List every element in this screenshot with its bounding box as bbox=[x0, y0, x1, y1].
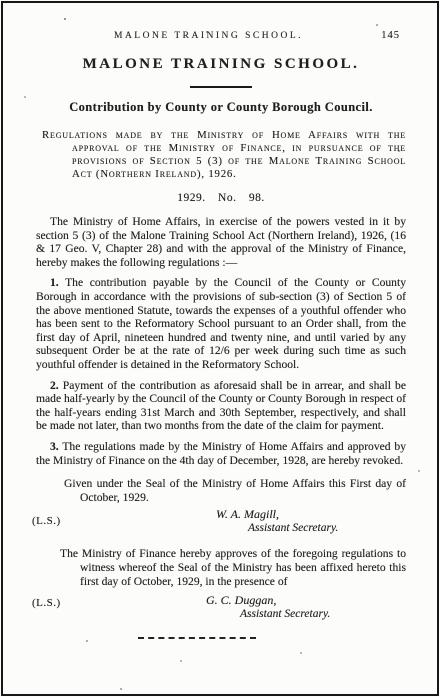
signature-block-finance: (L.S.) G. C. Duggan, Assistant Secretary… bbox=[36, 593, 406, 625]
signatory-name: W. A. Magill, bbox=[36, 507, 406, 522]
finance-approval-clause: The Ministry of Finance hereby approves … bbox=[36, 547, 406, 588]
document-title: MALONE TRAINING SCHOOL. bbox=[36, 56, 406, 73]
signatory-title-2: Assistant Secretary. bbox=[36, 608, 406, 620]
regulation-paragraph-2: 2. Payment of the contribution as afores… bbox=[36, 379, 406, 433]
page-number: 145 bbox=[381, 30, 400, 41]
end-dashed-rule bbox=[138, 637, 256, 639]
scanned-document-page: MALONE TRAINING SCHOOL. 145 MALONE TRAIN… bbox=[0, 0, 440, 697]
preamble-paragraph: The Ministry of Home Affairs, in exercis… bbox=[36, 215, 406, 269]
running-header-row: MALONE TRAINING SCHOOL. 145 bbox=[36, 30, 406, 41]
signatory-name-2: G. C. Duggan, bbox=[36, 593, 406, 608]
seal-mark-ls: (L.S.) bbox=[32, 515, 61, 527]
document-content: MALONE TRAINING SCHOOL. 145 MALONE TRAIN… bbox=[0, 0, 440, 639]
regulation-paragraph-3: 3. The regulations made by the Ministry … bbox=[36, 440, 406, 467]
regulations-heading: Regulations made by the Ministry of Home… bbox=[42, 129, 406, 181]
regulation-number-2: 2. bbox=[50, 379, 59, 392]
regulation-number-1: 1. bbox=[50, 276, 59, 289]
title-divider-rule bbox=[190, 86, 252, 88]
instrument-number: 1929. No. 98. bbox=[36, 192, 406, 204]
signatory-title: Assistant Secretary. bbox=[36, 522, 406, 534]
regulation-text-2: Payment of the contribution as aforesaid… bbox=[36, 379, 406, 433]
running-header: MALONE TRAINING SCHOOL. bbox=[114, 31, 303, 41]
seal-mark-ls-2: (L.S.) bbox=[32, 597, 61, 609]
document-subtitle: Contribution by County or County Borough… bbox=[36, 100, 406, 115]
regulation-text-3: The regulations made by the Ministry of … bbox=[36, 440, 406, 467]
signature-block-home-affairs: (L.S.) W. A. Magill, Assistant Secretary… bbox=[36, 507, 406, 539]
regulation-text-1: The contribution payable by the Council … bbox=[36, 276, 406, 371]
regulation-paragraph-1: 1. The contribution payable by the Counc… bbox=[36, 276, 406, 371]
attestation-clause: Given under the Seal of the Ministry of … bbox=[36, 477, 406, 504]
regulation-number-3: 3. bbox=[50, 440, 59, 453]
